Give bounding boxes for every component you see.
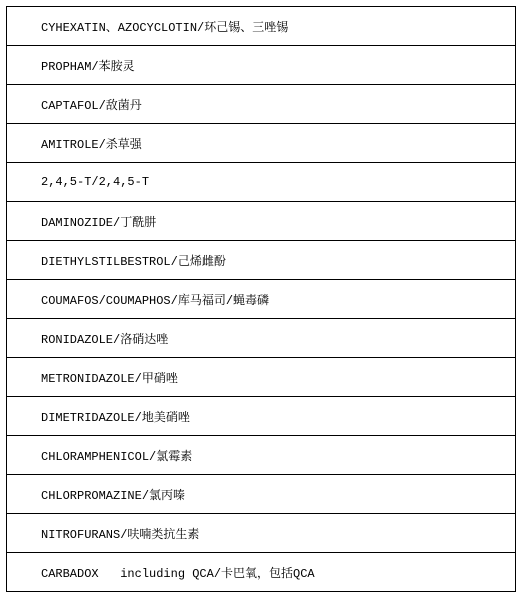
table-row: CAPTAFOL/敌菌丹 [7,85,515,124]
table-row: DIMETRIDAZOLE/地美硝唑 [7,397,515,436]
table-row: CHLORAMPHENICOL/氯霉素 [7,436,515,475]
table-row: DIETHYLSTILBESTROL/己烯雌酚 [7,241,515,280]
substance-table: CYHEXATIN、AZOCYCLOTIN/环己锡、三唑锡 PROPHAM/苯胺… [6,6,516,592]
table-row: DAMINOZIDE/丁酰肼 [7,202,515,241]
table-row: NITROFURANS/呋喃类抗生素 [7,514,515,553]
table-row: AMITROLE/杀草强 [7,124,515,163]
table-row: CARBADOX including QCA/卡巴氧，包括QCA [7,553,515,592]
table-row: CYHEXATIN、AZOCYCLOTIN/环己锡、三唑锡 [7,7,515,46]
table-row: RONIDAZOLE/洛硝达唑 [7,319,515,358]
table-row: 2,4,5-T/2,4,5-T [7,163,515,202]
table-row: PROPHAM/苯胺灵 [7,46,515,85]
table-row: CHLORPROMAZINE/氯丙嗪 [7,475,515,514]
table-row: COUMAFOS/COUMAPHOS/库马福司/蝇毒磷 [7,280,515,319]
table-row: METRONIDAZOLE/甲硝唑 [7,358,515,397]
